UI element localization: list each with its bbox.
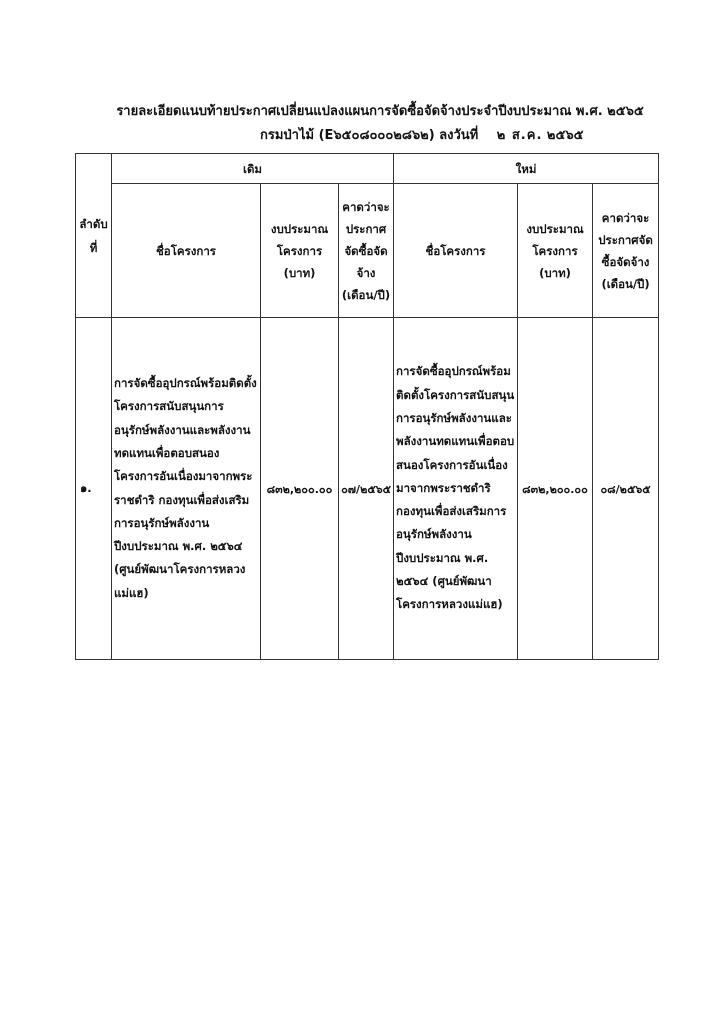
header-new-expected: คาดว่าจะประกาศจัดซื้อจัดจ้าง (เดือน/ปี) [593, 184, 659, 318]
new-project-name: การจัดซื้ออุปกรณ์พร้อมติดตั้งโครงการสนับ… [394, 318, 518, 660]
header-group-new: ใหม่ [394, 154, 659, 184]
old-expected-date: ๐๗/๒๕๖๕ [339, 318, 394, 660]
header-group-old: เดิม [112, 154, 394, 184]
row-index: ๑. [76, 318, 112, 660]
header-old-expected: คาดว่าจะประกาศจัดซื้อจัดจ้าง (เดือน/ปี) [339, 184, 394, 318]
header-old-budget: งบประมาณโครงการ (บาท) [261, 184, 339, 318]
header-old-project-name: ชื่อโครงการ [112, 184, 261, 318]
header-new-budget: งบประมาณโครงการ (บาท) [518, 184, 593, 318]
new-budget: ๘๓๒,๒๐๐.๐๐ [518, 318, 593, 660]
procurement-change-table: ลำดับที่ เดิม ใหม่ ชื่อโครงการ งบประมาณโ… [75, 153, 659, 660]
document-subtitle: กรมป่าไม้ (E๖๕๐๘๐๐๐๒๘๖๒) ลงวันที่ ๒ ส.ค.… [260, 124, 590, 145]
new-expected-date: ๐๘/๒๕๖๕ [593, 318, 659, 660]
table-row: ๑. การจัดซื้ออุปกรณ์พร้อมติดตั้งโครงการส… [76, 318, 659, 660]
subtitle-date: ๒ ส.ค. [497, 128, 543, 143]
old-budget: ๘๓๒,๒๐๐.๐๐ [261, 318, 339, 660]
subtitle-agency-ref: กรมป่าไม้ (E๖๕๐๘๐๐๐๒๘๖๒) ลงวันที่ [260, 128, 478, 143]
document-title: รายละเอียดแนบท้ายประกาศเปลี่ยนแปลงแผนการ… [100, 100, 660, 121]
header-index: ลำดับที่ [76, 154, 112, 318]
header-group-row: ลำดับที่ เดิม ใหม่ [76, 154, 659, 184]
subtitle-year-stamp: ๒๕๖๕ [547, 128, 584, 143]
old-project-name: การจัดซื้ออุปกรณ์พร้อมติดตั้งโครงการสนับ… [112, 318, 261, 660]
header-columns-row: ชื่อโครงการ งบประมาณโครงการ (บาท) คาดว่า… [76, 184, 659, 318]
header-new-project-name: ชื่อโครงการ [394, 184, 518, 318]
